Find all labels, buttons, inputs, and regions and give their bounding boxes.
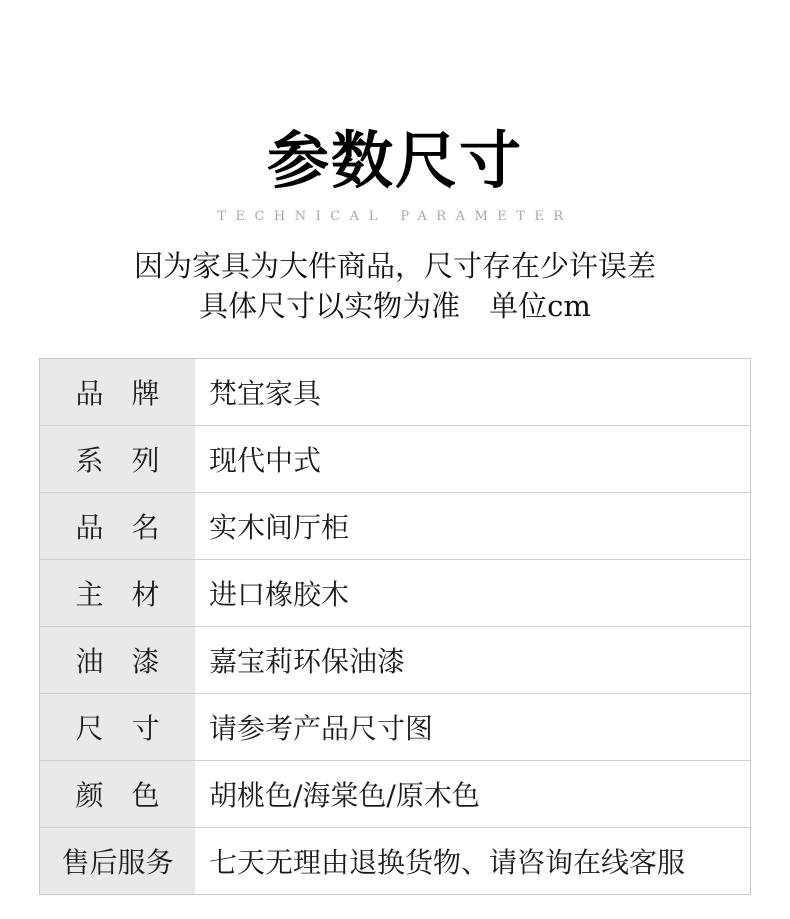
spec-value-after-sales: 七天无理由退换货物、请咨询在线客服	[200, 828, 750, 894]
spec-row-material: 主 材 进口橡胶木	[40, 559, 750, 626]
spec-row-brand: 品 牌 梵宜家具	[40, 359, 750, 425]
size-notice: 因为家具为大件商品，尺寸存在少许误差 具体尺寸以实物为准 单位cm	[0, 246, 790, 326]
spec-label-series: 系 列	[40, 426, 200, 492]
notice-line-1: 因为家具为大件商品，尺寸存在少许误差	[0, 246, 790, 286]
spec-label-size: 尺 寸	[40, 694, 200, 760]
spec-label-product-name: 品 名	[40, 493, 200, 559]
spec-table: 品 牌 梵宜家具 系 列 现代中式 品 名 实木间厅柜 主 材 进口橡胶木 油 …	[39, 358, 751, 895]
spec-label-paint: 油 漆	[40, 627, 200, 693]
spec-value-paint: 嘉宝莉环保油漆	[200, 627, 750, 693]
spec-row-after-sales: 售后服务 七天无理由退换货物、请咨询在线客服	[40, 827, 750, 894]
spec-value-brand: 梵宜家具	[200, 359, 750, 425]
spec-label-color: 颜 色	[40, 761, 200, 827]
spec-value-color: 胡桃色/海棠色/原木色	[200, 761, 750, 827]
spec-row-paint: 油 漆 嘉宝莉环保油漆	[40, 626, 750, 693]
spec-row-color: 颜 色 胡桃色/海棠色/原木色	[40, 760, 750, 827]
page-subtitle: TECHNICAL PARAMETER	[0, 208, 790, 226]
notice-line-2: 具体尺寸以实物为准 单位cm	[0, 286, 790, 326]
spec-value-size: 请参考产品尺寸图	[200, 694, 750, 760]
spec-value-product-name: 实木间厅柜	[200, 493, 750, 559]
page-title: 参数尺寸	[0, 0, 790, 196]
product-parameter-page: 参数尺寸 TECHNICAL PARAMETER 因为家具为大件商品，尺寸存在少…	[0, 0, 790, 919]
spec-row-size: 尺 寸 请参考产品尺寸图	[40, 693, 750, 760]
spec-label-after-sales: 售后服务	[40, 828, 200, 894]
spec-label-brand: 品 牌	[40, 359, 200, 425]
spec-label-material: 主 材	[40, 560, 200, 626]
spec-value-material: 进口橡胶木	[200, 560, 750, 626]
spec-row-product-name: 品 名 实木间厅柜	[40, 492, 750, 559]
spec-row-series: 系 列 现代中式	[40, 425, 750, 492]
spec-value-series: 现代中式	[200, 426, 750, 492]
